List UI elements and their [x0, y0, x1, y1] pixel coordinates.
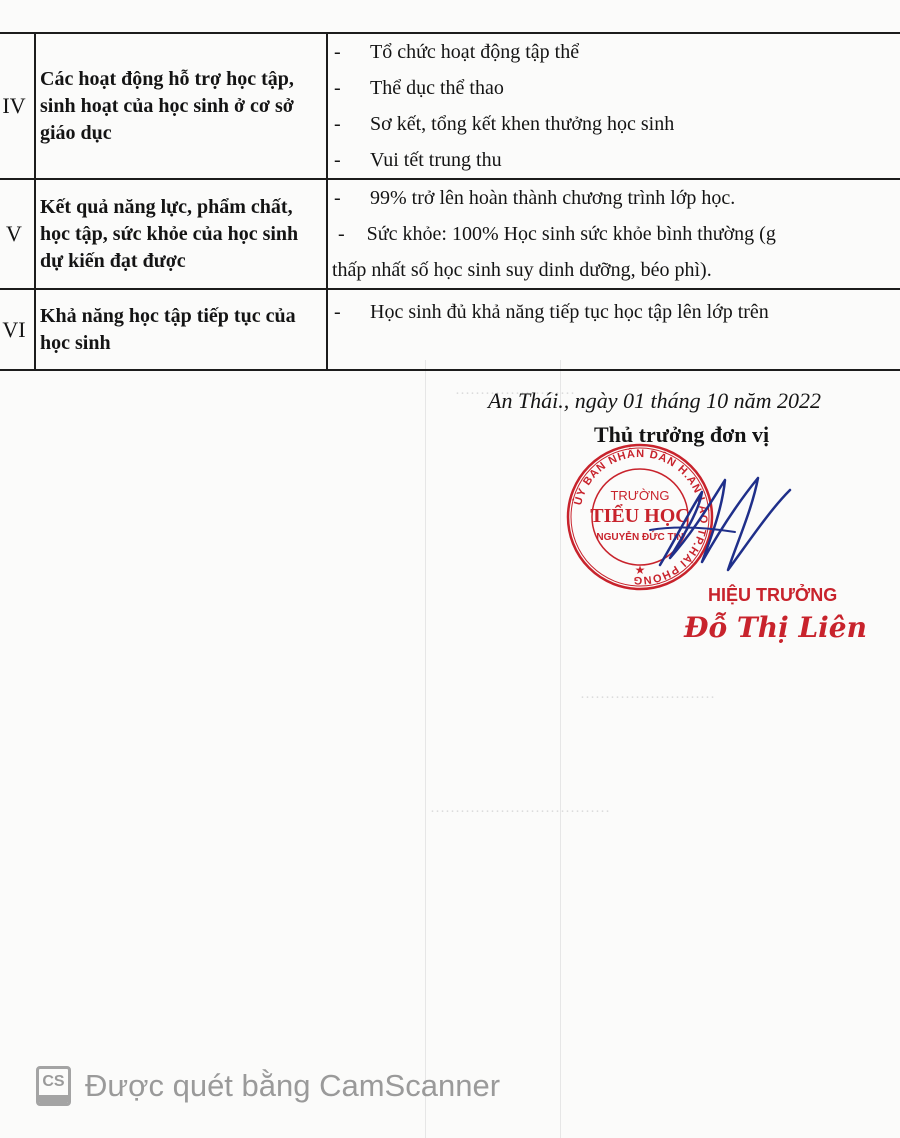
bleed-text: ……………………………… — [430, 800, 610, 817]
list-item: -Sức khỏe: 100% Học sinh sức khỏe bình t… — [328, 216, 900, 252]
list-item: -Tổ chức hoạt động tập thể — [328, 34, 900, 70]
row-category: Các hoạt động hỗ trợ học tập, sinh hoạt … — [35, 33, 327, 179]
handwritten-signature-icon — [640, 470, 800, 580]
row-number: VI — [0, 289, 35, 370]
row-number: V — [0, 179, 35, 289]
list-item: -Vui tết trung thu — [328, 142, 900, 178]
table-row: V Kết quả năng lực, phẩm chất, học tập, … — [0, 179, 900, 289]
row-content: -Tổ chức hoạt động tập thể -Thể dục thể … — [327, 33, 900, 179]
list-item-continued: thấp nhất số học sinh suy dinh dưỡng, bé… — [328, 252, 900, 288]
date-line: An Thái., ngày 01 tháng 10 năm 2022 — [488, 388, 821, 414]
row-number: IV — [0, 33, 35, 179]
row-content: -99% trở lên hoàn thành chương trình lớp… — [327, 179, 900, 289]
plan-table: IV Các hoạt động hỗ trợ học tập, sinh ho… — [0, 32, 900, 371]
list-item: -Sơ kết, tổng kết khen thưởng học sinh — [328, 106, 900, 142]
camscanner-logo-icon: CS — [36, 1066, 71, 1106]
bleed-text: ……………………… — [580, 686, 715, 703]
signer-role: HIỆU TRƯỞNG — [708, 585, 837, 606]
camscanner-watermark: CS Được quét bằng CamScanner — [36, 1066, 500, 1106]
bleed-line — [560, 360, 561, 1138]
bleed-line — [425, 360, 426, 1138]
table-row: IV Các hoạt động hỗ trợ học tập, sinh ho… — [0, 33, 900, 179]
signer-name: Đỗ Thị Liên — [684, 611, 867, 644]
list-item: -Thể dục thể thao — [328, 70, 900, 106]
watermark-text: Được quét bằng CamScanner — [85, 1068, 500, 1104]
row-category: Khả năng học tập tiếp tục của học sinh — [35, 289, 327, 370]
list-item: -Học sinh đủ khả năng tiếp tục học tập l… — [328, 294, 900, 330]
list-item: -99% trở lên hoàn thành chương trình lớp… — [328, 180, 900, 216]
row-content: -Học sinh đủ khả năng tiếp tục học tập l… — [327, 289, 900, 370]
row-category: Kết quả năng lực, phẩm chất, học tập, sứ… — [35, 179, 327, 289]
table-row: VI Khả năng học tập tiếp tục của học sin… — [0, 289, 900, 370]
